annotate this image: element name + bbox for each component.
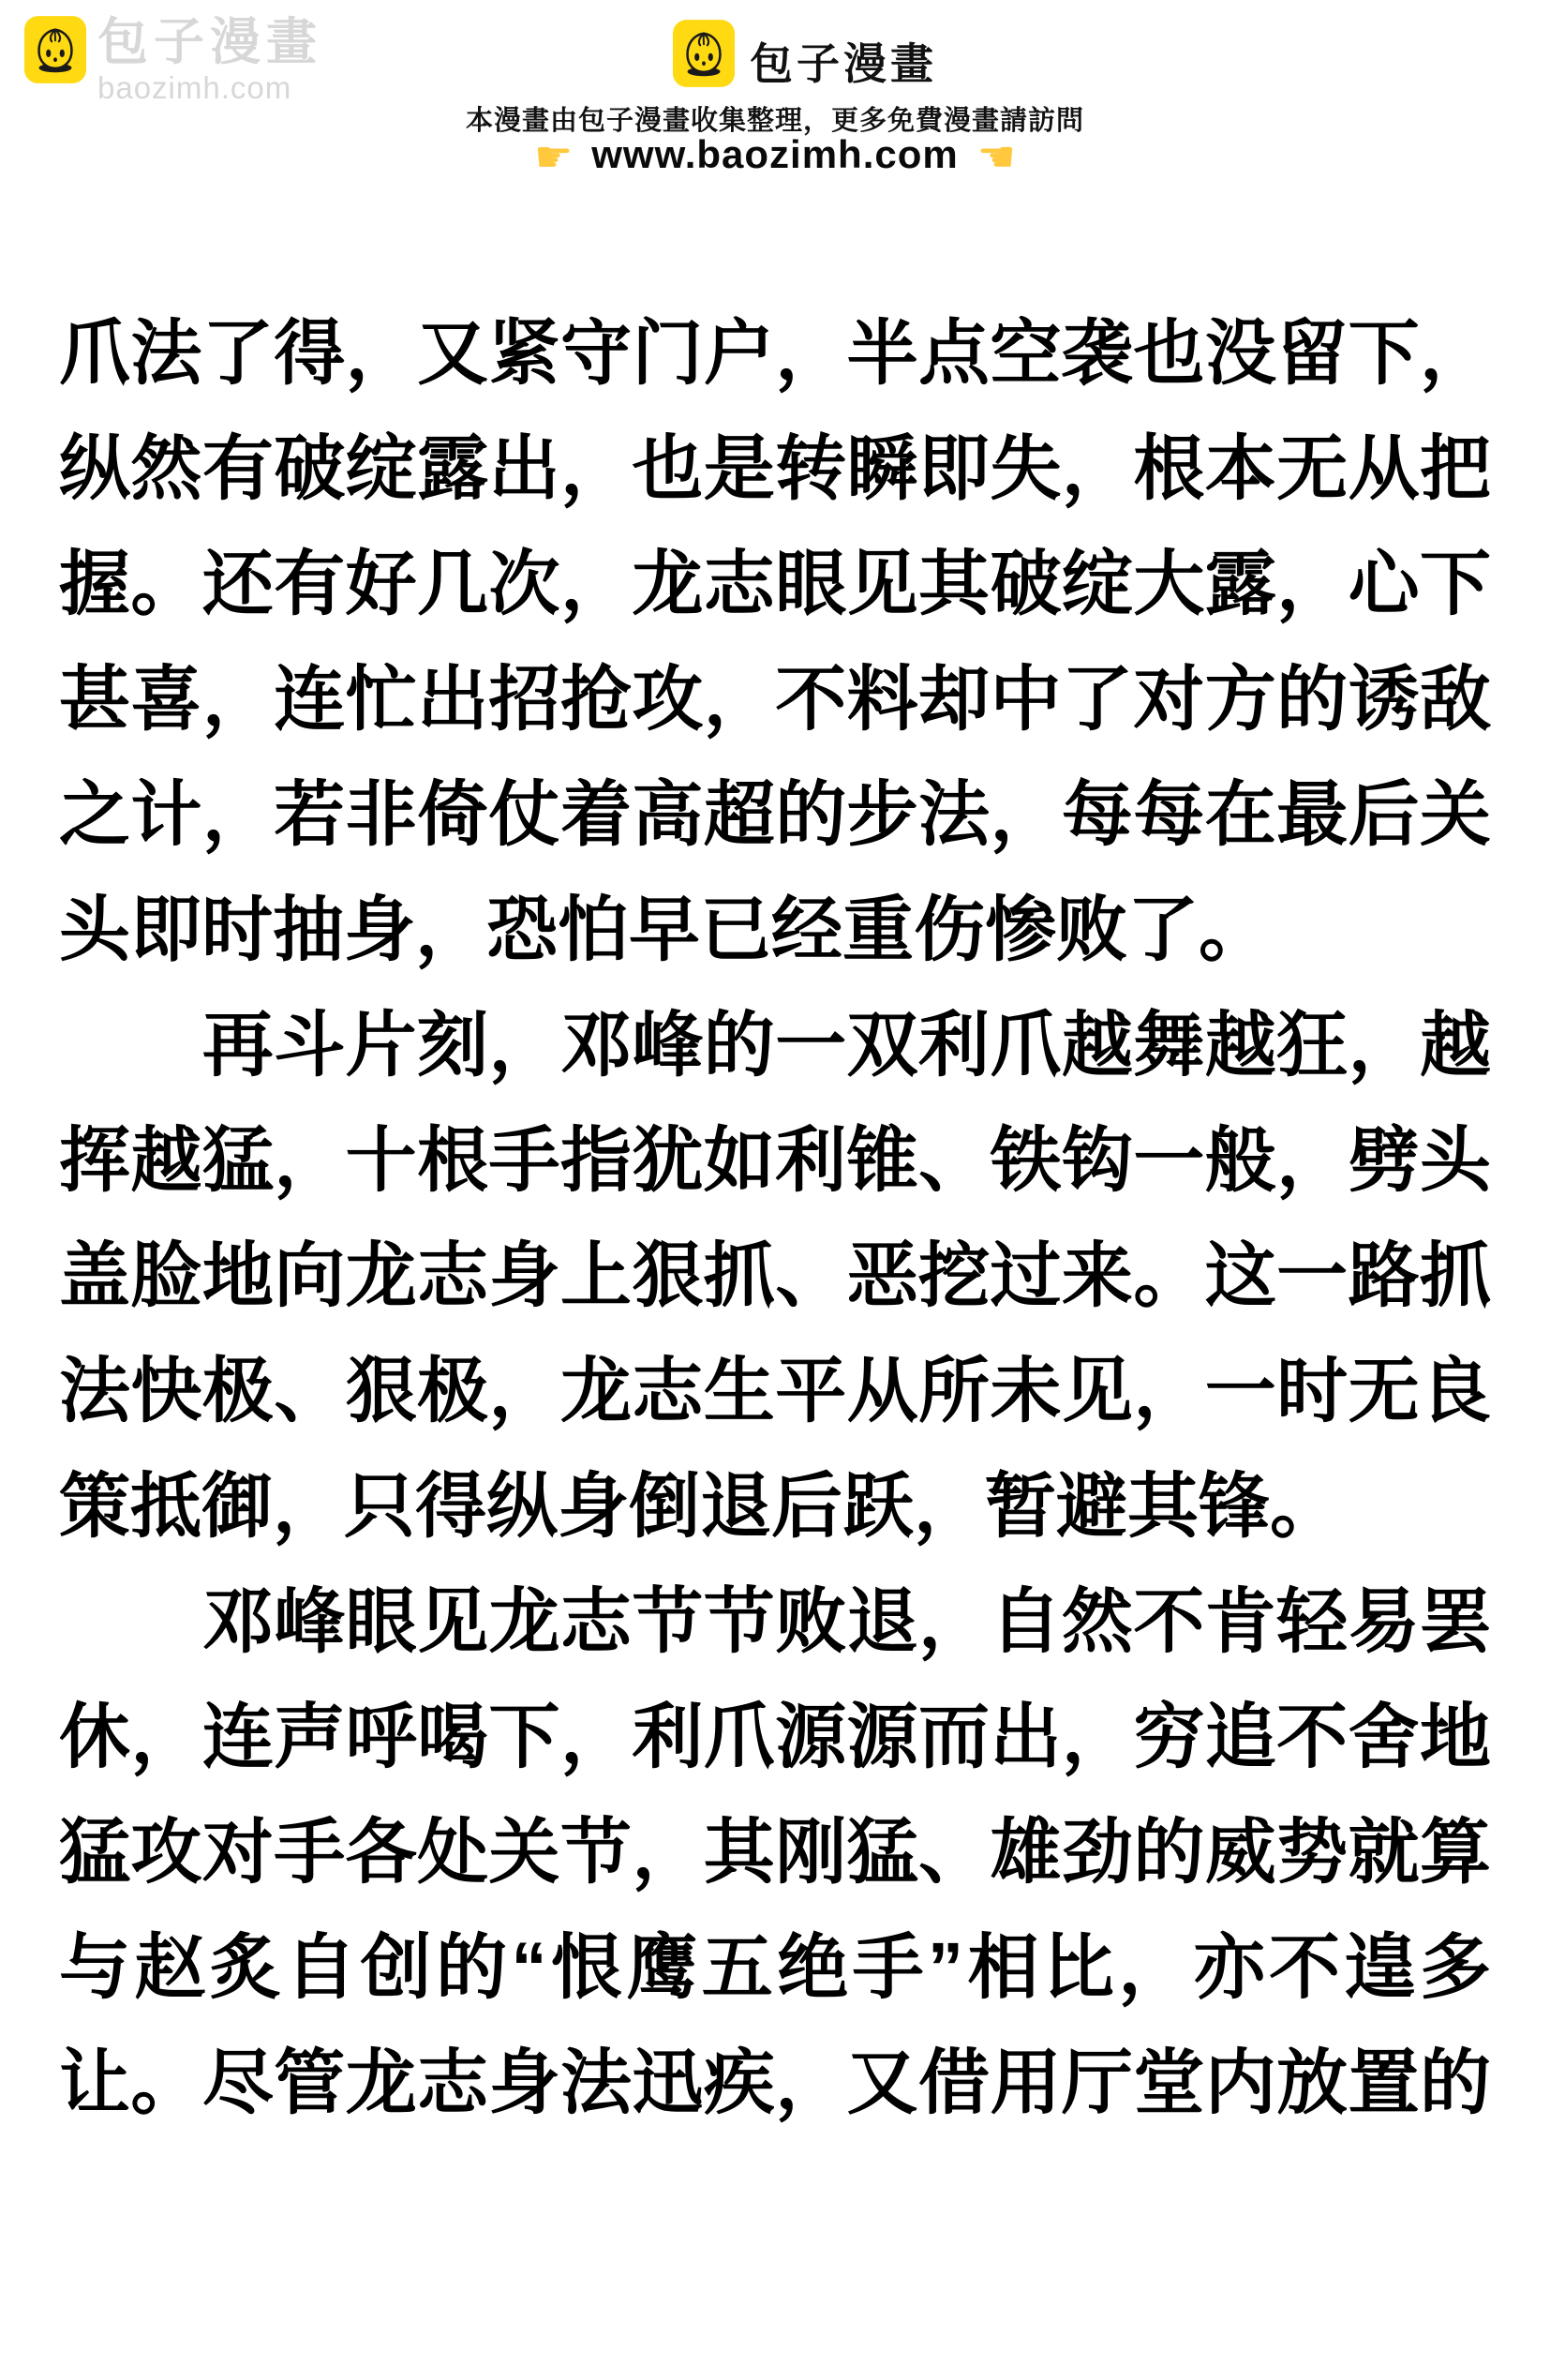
site-url-link[interactable]: www.baozimh.com [591,132,958,177]
watermark-brand: 包子漫畫 [97,15,322,70]
novel-text: 爪法了得，又紧守门户，半点空袭也没留下， 纵然有破绽露出，也是转瞬即失，根本无从… [59,296,1491,2141]
text-line: 让。尽管龙志身法迅疾，又借用厅堂内放置的 [59,2026,1491,2141]
site-brand: 包子漫畫 [750,30,937,92]
text-line: 法快极、狠极，龙志生平从所未见，一时无良 [59,1334,1491,1449]
text-line: 头即时抽身，恐怕早已经重伤惨败了。 [59,873,1491,988]
novel-page: 包子漫畫 baozimh.com 包子漫畫 本漫畫由包子漫畫收集整理，更多免費漫… [0,0,1550,2380]
pointing-left-hand-icon: ☚ [977,131,1016,182]
text-line: 邓峰眼见龙志节节败退，自然不肯轻易罢 [59,1564,1491,1680]
baozi-logo-icon [24,15,86,84]
text-line: 再斗片刻，邓峰的一双利爪越舞越狂，越 [59,988,1491,1103]
text-line: 爪法了得，又紧守门户，半点空袭也没留下， [59,296,1491,412]
pointing-right-hand-icon: ☛ [534,131,573,182]
baozi-logo-icon [673,19,735,88]
text-line: 纵然有破绽露出，也是转瞬即失，根本无从把 [59,412,1491,527]
text-line: 握。还有好几次，龙志眼见其破绽大露，心下 [59,527,1491,642]
text-line: 休，连声呼喝下，利爪源源而出，穷追不舍地 [59,1680,1491,1795]
text-line: 盖脸地向龙志身上狠抓、恶挖过来。这一路抓 [59,1219,1491,1334]
watermark: 包子漫畫 baozimh.com [24,15,322,103]
text-line: 挥越猛，十根手指犹如利锥、铁钩一般，劈头 [59,1103,1491,1219]
text-line: 与赵炙自创的“恨鹰五绝手”相比，亦不遑多 [59,1910,1491,2026]
text-line: 猛攻对手各处关节，其刚猛、雄劲的威势就算 [59,1795,1491,1910]
text-line: 策抵御，只得纵身倒退后跃，暂避其锋。 [59,1449,1491,1564]
site-url-row: ☛www.baozimh.com☚ [0,131,1550,182]
text-line: 甚喜，连忙出招抢攻，不料却中了对方的诱敌 [59,642,1491,757]
text-line: 之计，若非倚仗着高超的步法，每每在最后关 [59,757,1491,873]
